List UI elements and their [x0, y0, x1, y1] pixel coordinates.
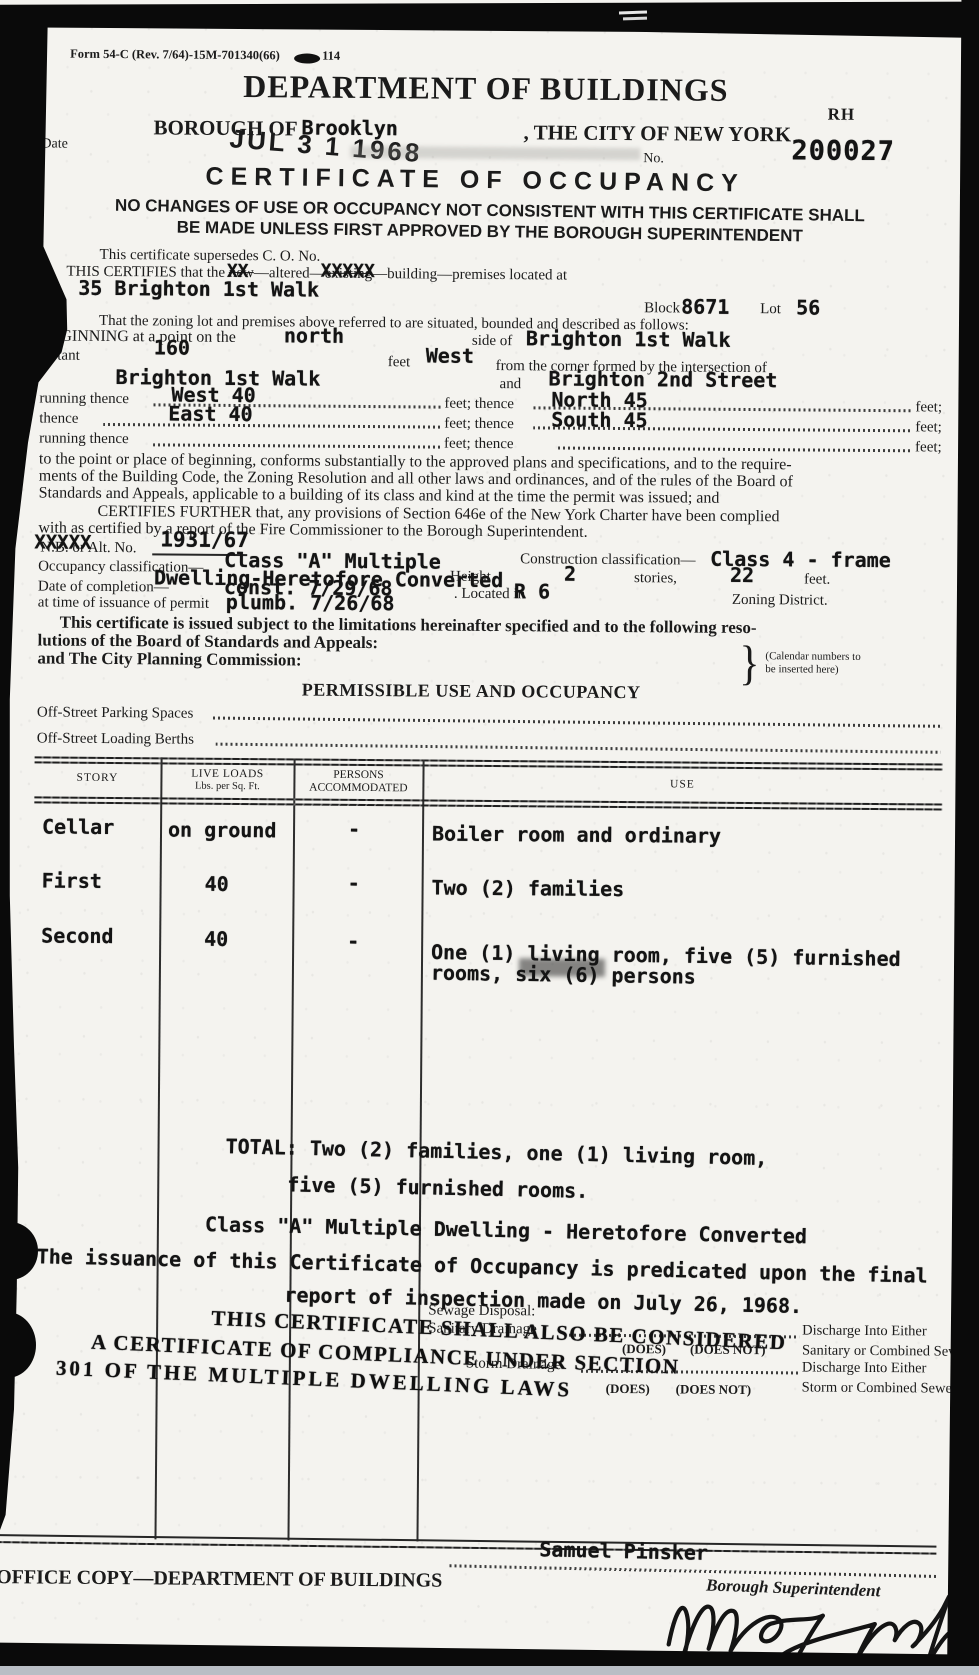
zoning-district-label: Zoning District.	[732, 592, 828, 610]
paper-sheet: Form 54-C (Rev. 7/64)-15M-701340(66) 114…	[0, 0, 979, 1675]
storm-does-label: (DOES)	[606, 1381, 650, 1397]
dotted-leader	[103, 423, 441, 429]
table-row-use: Two (2) families	[432, 876, 625, 902]
certificate-number: 200027	[791, 135, 895, 167]
typed-strikeout-existing: XXXXX	[321, 261, 375, 282]
lot-value: 56	[796, 295, 820, 319]
premises-address: 35 Brighton 1st Walk	[78, 276, 319, 302]
storm-does-not-label: (DOES NOT)	[676, 1381, 752, 1398]
dotted-leader	[153, 443, 441, 448]
typed-strikeout-nb: XXXXX	[34, 531, 91, 553]
corner-mark: RH	[828, 105, 856, 125]
form-number-suffix: 114	[322, 49, 340, 64]
table-row-persons: -	[348, 871, 360, 895]
table-row-liveload: on ground	[168, 817, 277, 842]
block-value: 8671	[681, 294, 729, 318]
certifies-suffix: —building—premises located at	[372, 266, 567, 284]
table-row-persons: -	[347, 929, 359, 953]
feet-label: feet	[388, 354, 411, 371]
loading-label: Off-Street Loading Berths	[37, 730, 194, 748]
column-header-story: STORY	[36, 771, 158, 784]
table-row-persons: -	[348, 817, 360, 841]
dotted-leader	[216, 743, 941, 754]
total-line1: TOTAL: Two (2) families, one (1) living …	[225, 1134, 767, 1170]
thence-label: thence	[39, 410, 78, 427]
issuance-line1: The issuance of this Certificate of Occu…	[36, 1244, 927, 1287]
table-row-story: Second	[41, 923, 113, 948]
feet-thence-label-3: feet; thence	[444, 436, 514, 454]
stories-value: 2	[564, 562, 576, 586]
feet-direction-value: West	[426, 343, 474, 367]
subject-line3: and The City Planning Commission:	[37, 648, 301, 670]
completion-plumb-value: plumb. 7/26/68	[226, 590, 395, 615]
ink-blob-icon	[294, 53, 320, 63]
permissible-title: PERMISSIBLE USE AND OCCUPANCY	[141, 678, 801, 704]
table-row-story: First	[42, 868, 102, 892]
direction-value: north	[284, 323, 344, 347]
height-label: Height	[450, 569, 491, 586]
dotted-leader	[213, 717, 941, 728]
table-row-story: Cellar	[42, 814, 114, 839]
parking-label: Off-Street Parking Spaces	[37, 704, 193, 722]
calendar-note-line1: (Calendar numbers to	[765, 650, 860, 663]
scanned-certificate-of-occupancy: Form 54-C (Rev. 7/64)-15M-701340(66) 114…	[0, 0, 979, 1675]
column-header-liveloads-sub: Lbs. per Sq. Ft.	[162, 780, 292, 792]
word-existing: existingXXXXX	[325, 266, 373, 282]
street1-value: Brighton 1st Walk	[526, 326, 731, 352]
lot-label: Lot	[760, 301, 781, 318]
column-header-persons-sub: ACCOMMODATED	[295, 781, 421, 794]
total-line2: five (5) furnished rooms.	[287, 1172, 588, 1203]
block-label: Block	[644, 300, 680, 317]
running-thence-label-2: running thence	[39, 430, 129, 448]
certificate-title: CERTIFICATE OF OCCUPANCY	[145, 162, 805, 200]
scan-bottom-strip	[0, 1666, 979, 1675]
feet-end-label-1: feet;	[915, 399, 942, 416]
certifies-further-line2: with as certified by a report of the Fir…	[38, 519, 587, 541]
city-label: , THE CITY OF NEW YORK	[523, 120, 791, 147]
course3-value: East 40	[168, 401, 252, 426]
column-header-use: USE	[424, 776, 940, 792]
table-row-use: Boiler room and ordinary	[432, 822, 721, 848]
table-row-liveload: 40	[205, 872, 229, 896]
calendar-note-line2: be inserted here)	[765, 663, 838, 676]
permit-label: at time of issuance of permit	[38, 594, 209, 612]
column-header-persons: PERSONS	[295, 768, 421, 781]
overstrike-smudge	[519, 958, 605, 977]
faint-stamp-smudge	[350, 146, 640, 160]
distance-value: 160	[154, 335, 190, 359]
supersedes-line: This certificate supersedes C. O. No.	[99, 247, 320, 266]
construction-label: Construction classification—	[520, 551, 696, 569]
table-column-line	[154, 757, 162, 1539]
form-number: Form 54-C (Rev. 7/64)-15M-701340(66)	[70, 47, 280, 64]
sanitary-discharge-line2: Sanitary or Combined Sewer	[802, 1342, 970, 1360]
feet-thence-label-2: feet; thence	[444, 416, 514, 434]
feet-end-label-3: feet;	[915, 439, 942, 456]
feet-end-label-2: feet;	[915, 419, 942, 436]
running-thence-label-1: running thence	[39, 390, 129, 408]
storm-discharge-line1: Discharge Into Either	[802, 1359, 927, 1377]
beginning-label: BEGINNING at a point on the	[40, 327, 236, 347]
stories-label: stories,	[634, 570, 677, 587]
class-summary-line: Class "A" Multiple Dwelling - Heretofore…	[205, 1212, 807, 1248]
feet-thence-label-1: feet; thence	[444, 396, 514, 414]
column-header-liveloads: LIVE LOADS	[162, 767, 292, 780]
department-title: DEPARTMENT OF BUILDINGS	[186, 68, 786, 110]
number-label: No.	[643, 151, 664, 167]
storm-discharge-line2: Storm or Combined Sewer	[802, 1379, 957, 1397]
height-feet-value: 22	[730, 563, 754, 587]
side-of-label: side of	[472, 333, 513, 350]
sanitary-discharge-line1: Discharge Into Either	[802, 1322, 927, 1340]
office-copy-label: OFFICE COPY—DEPARTMENT OF BUILDINGS	[0, 1566, 442, 1593]
dotted-leader	[558, 447, 911, 453]
signer-name: Samuel Pinsker	[539, 1537, 708, 1565]
zone-value: R 6	[514, 579, 550, 603]
table-row-liveload: 40	[204, 927, 228, 951]
table-border-bottom	[0, 1534, 936, 1548]
height-feet-label: feet.	[804, 571, 830, 588]
and-label: and	[499, 376, 521, 393]
